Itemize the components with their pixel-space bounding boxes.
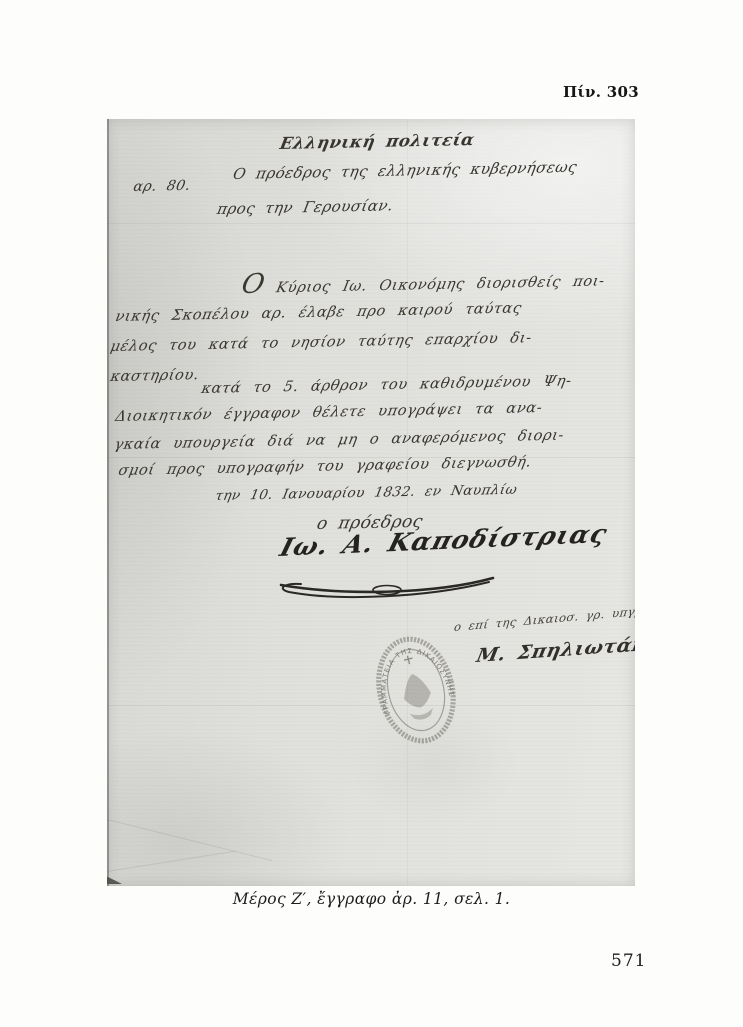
- plate-number: Πίν. 303: [563, 83, 639, 101]
- page-number: 571: [611, 951, 646, 971]
- date-line: την 10. Ιανουαρίου 1832. εν Ναυπλίω: [214, 482, 519, 504]
- protocol-number: αρ. 80.: [132, 178, 192, 195]
- phoenix-emblem-icon: [399, 671, 434, 711]
- corner-crease: [107, 851, 235, 872]
- body-line: μέλος του κατά το νησίον ταύτης επαρχίου…: [109, 330, 533, 355]
- body-line: Διοικητικόν έγγραφον θέλετε υπογράψει τα…: [114, 400, 544, 425]
- body-line: καστηρίου.: [109, 367, 201, 385]
- justice-secretariat-seal: ΓΡΑΜΜΑΤΕΙΑ ΤΗΣ ΔΙΚΑΙΟΣΥΝΗΣ: [373, 625, 459, 755]
- photo-corner-mark: [107, 874, 122, 884]
- body-line: Ο Κύριος Ιω. Οικονόμης διορισθείς ποι-: [239, 261, 608, 300]
- sender-line: Ο πρόεδρος της ελληνικής κυβερνήσεως: [232, 158, 579, 183]
- body-line: γκαία υπουργεία διά να μη ο αναφερόμενος…: [113, 428, 566, 453]
- addressee-line: προς την Γερουσίαν.: [216, 196, 395, 218]
- body-line: σμοί προς υπογραφήν του γραφείου διεγνωσ…: [117, 454, 533, 479]
- body-line: κατά το 5. άρθρον του καθιδρυμένου Ψη-: [200, 373, 573, 397]
- secretary-note: ο επί της Δικαιοσ. γρ. υπγρ.: [453, 603, 635, 633]
- document-scan-photo: Ελληνική πολιτεία αρ. 80. Ο πρόεδρος της…: [107, 119, 635, 886]
- body-line: νικής Σκοπέλου αρ. έλαβε προ καιρού ταύτ…: [114, 301, 523, 325]
- figure-caption: Μέρος Ζ′, ἔγγραφο ἀρ. 11, σελ. 1.: [0, 890, 743, 908]
- emblem-base-icon: [410, 708, 435, 722]
- book-page: { "page": { "plate_number": "Πίν. 303", …: [0, 0, 743, 1027]
- fold-crease-vertical: [407, 119, 408, 886]
- doc-title: Ελληνική πολιτεία: [278, 130, 476, 153]
- corner-crease: [107, 819, 272, 861]
- fold-crease: [107, 705, 635, 706]
- fold-crease: [107, 223, 635, 224]
- secretary-signature: Μ. Σπηλιωτάκης: [475, 631, 635, 666]
- signature-flourish: [275, 571, 503, 599]
